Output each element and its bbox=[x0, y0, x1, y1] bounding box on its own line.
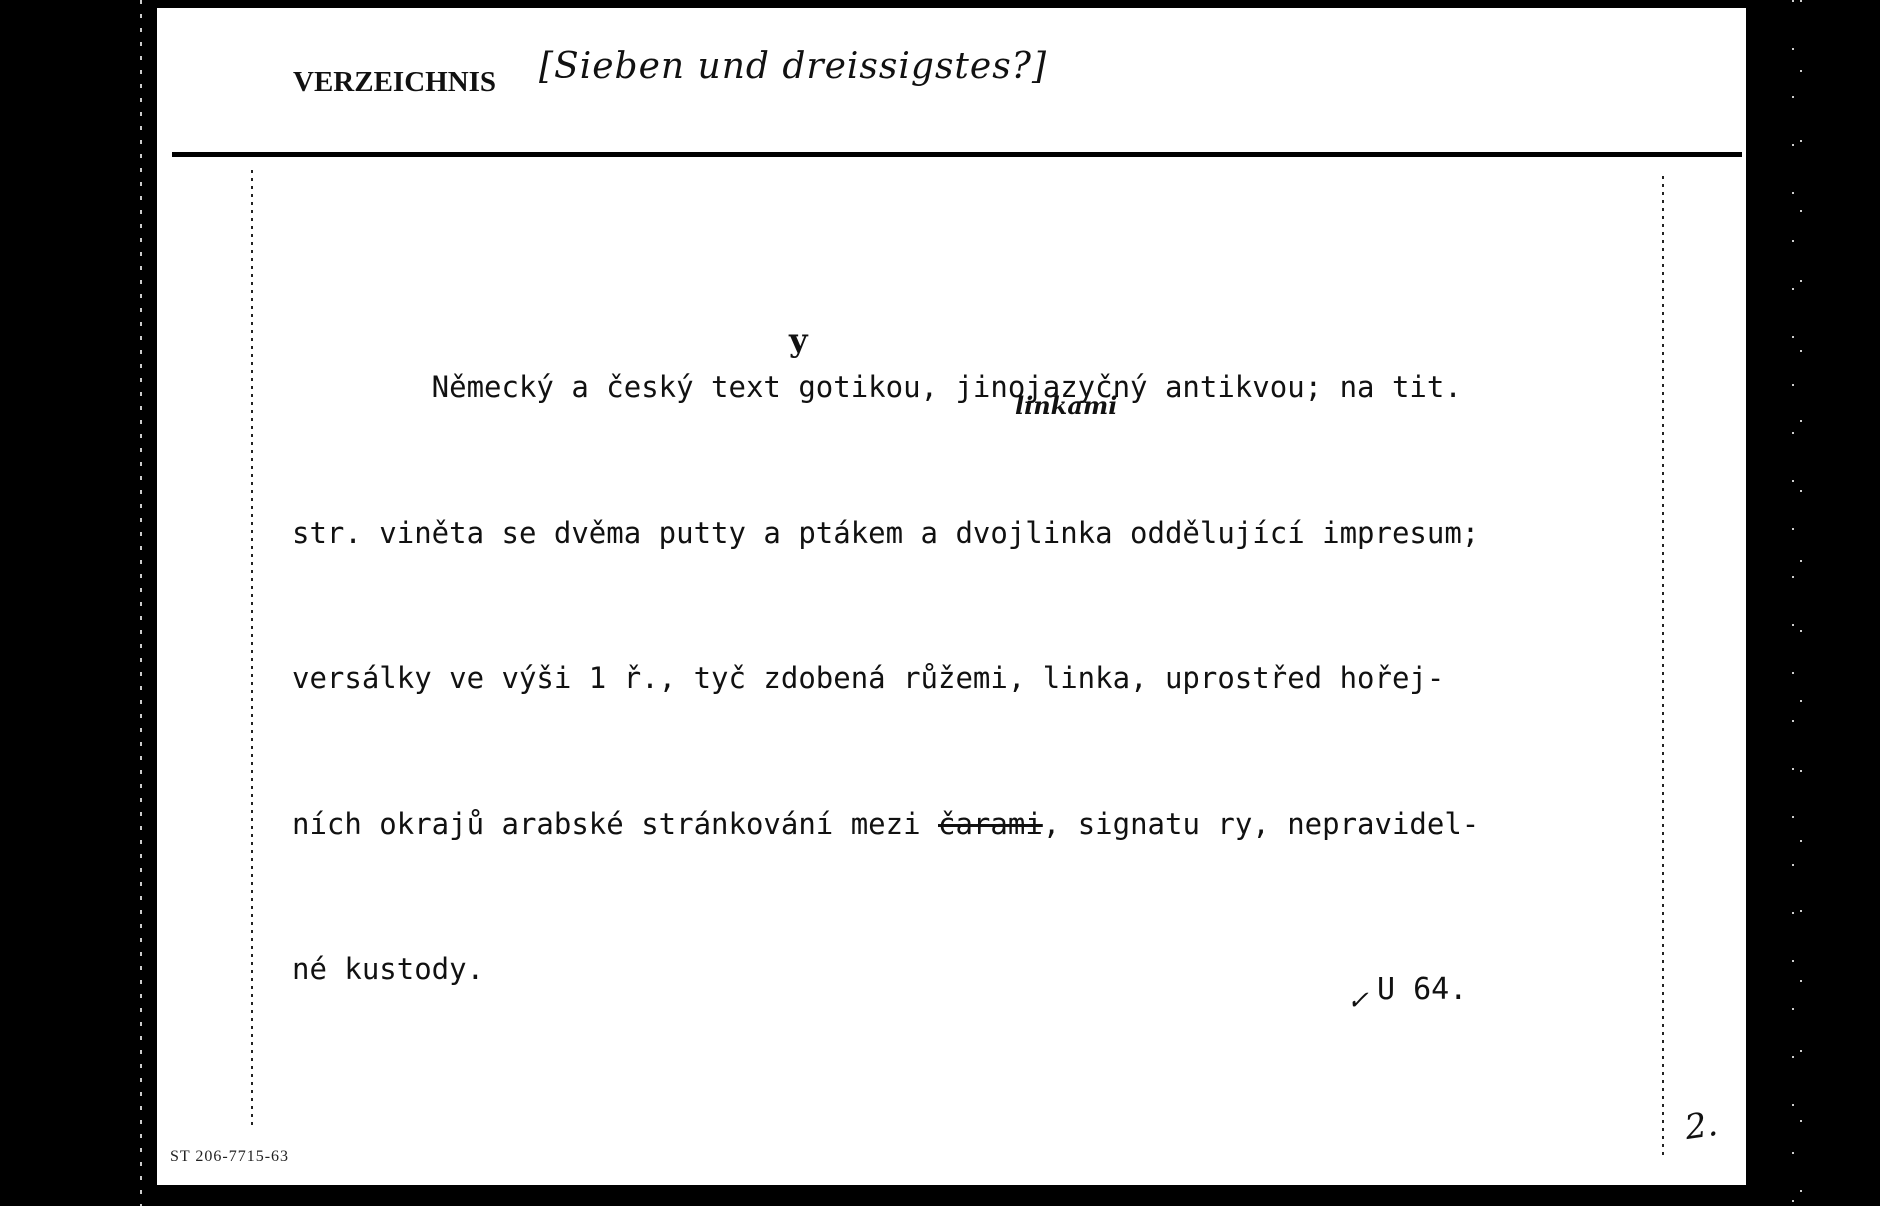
card-header: VERZEICHNIS [Sieben und dreissigstes?] bbox=[157, 8, 1746, 156]
body-line: Německý a český text gotikou, jinojazyčn… bbox=[292, 363, 1692, 412]
card-title-typed: VERZEICHNIS bbox=[293, 66, 496, 99]
body-line-head: ních okrajů arabské stránkování mezi bbox=[292, 807, 938, 841]
page-number: 2. bbox=[1682, 1104, 1720, 1148]
struck-word: čarami bbox=[938, 807, 1043, 841]
body-line: str. viněta se dvěma putty a ptákem a dv… bbox=[292, 509, 1692, 558]
scan-edge-dots bbox=[140, 0, 142, 1206]
header-rule bbox=[172, 152, 1742, 157]
scan-edge-dots bbox=[1792, 0, 1794, 1206]
shelfmark: U 64. bbox=[1377, 972, 1467, 1007]
card-title-handwritten: [Sieben und dreissigstes?] bbox=[539, 46, 1047, 87]
body-line: ních okrajů arabské stránkování mezi čar… bbox=[292, 800, 1692, 849]
catalog-card: VERZEICHNIS [Sieben und dreissigstes?] N… bbox=[157, 8, 1746, 1185]
scan-edge-dots bbox=[1800, 0, 1802, 1206]
body-line: versálky ve výši 1 ř., tyč zdobená růžem… bbox=[292, 654, 1692, 703]
handwritten-letter-correction: y bbox=[789, 321, 808, 359]
card-body-text: Německý a český text gotikou, jinojazyčn… bbox=[292, 266, 1692, 1091]
handwritten-correction: linkami bbox=[1015, 391, 1117, 420]
left-margin-line bbox=[251, 170, 253, 1130]
check-mark-icon: ✓ bbox=[1347, 986, 1369, 1016]
body-line: né kustody. bbox=[292, 945, 1692, 994]
body-line-tail: , signatu ry, nepravidel- bbox=[1043, 807, 1480, 841]
print-code: ST 206-7715-63 bbox=[170, 1148, 289, 1166]
